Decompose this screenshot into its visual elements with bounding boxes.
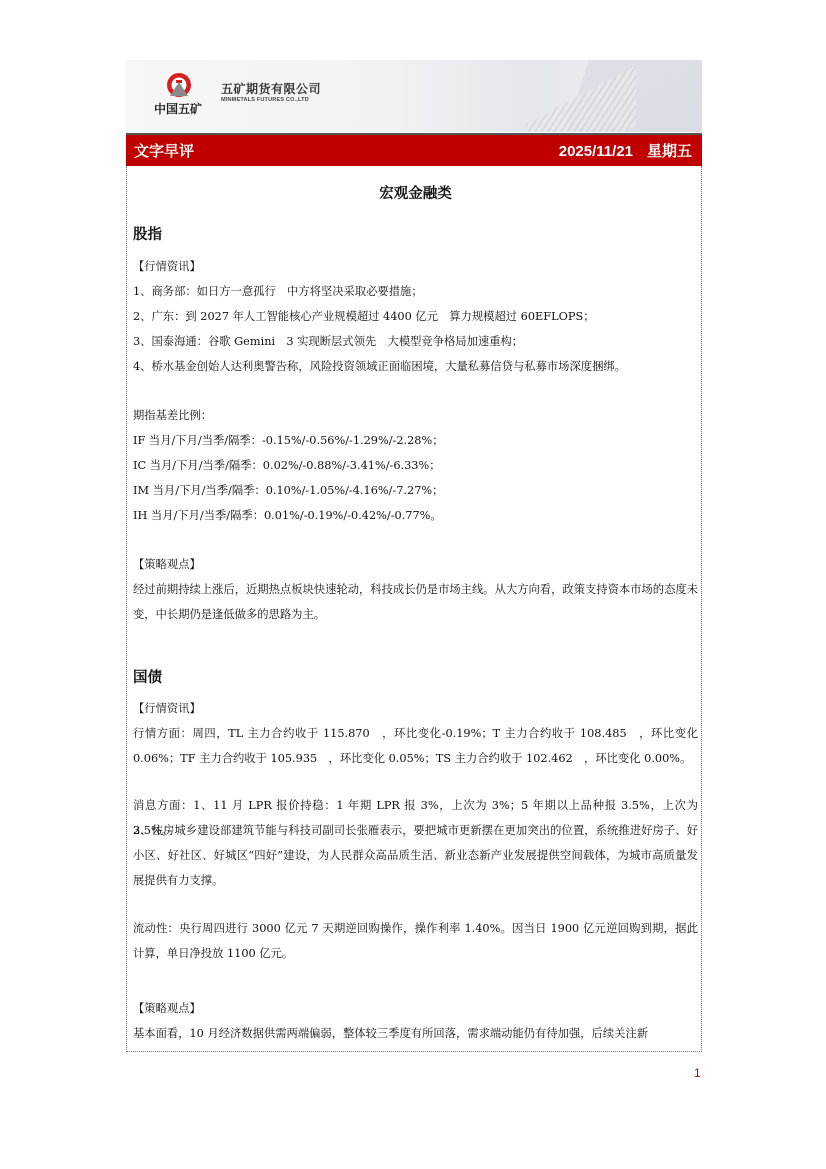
news-item: 2、广东：到 2027 年人工智能核心产业规模超过 4400 亿元 算力规模超过…	[133, 310, 595, 324]
news-item: 4、桥水基金创始人达利奥警告称，风险投资领域正面临困境，大量私募信贷与私募市场深…	[133, 360, 626, 374]
strategy-text: 基本面看，10 月经济数据供需两端偏弱，整体较三季度有所回落，需求端动能仍有待加…	[133, 1027, 648, 1041]
company-name-cn: 五矿期货有限公司	[221, 80, 321, 97]
news-item: 3、国泰海通：谷歌 Gemini 3 实现断层式领先 大模型竞争格局加速重构；	[133, 335, 523, 349]
report-weekday: 星期五	[647, 142, 692, 160]
market-text: 行情方面：周四，TL 主力合约收于 115.870 ，环比变化-0.19%；T …	[133, 721, 698, 771]
basis-item-ih: IH 当月/下月/当季/隔季：0.01%/-0.19%/-0.42%/-0.77…	[133, 509, 442, 523]
basis-item-if: IF 当月/下月/当季/隔季：-0.15%/-0.56%/-1.29%/-2.2…	[133, 434, 444, 448]
report-date-block: 2025/11/21星期五	[559, 140, 692, 161]
strategy-heading: 【策略观点】	[133, 1002, 201, 1016]
news-heading: 【行情资讯】	[133, 702, 201, 716]
basis-item-ic: IC 当月/下月/当季/隔季：0.02%/-0.88%/-3.41%/-6.33…	[133, 459, 441, 473]
page-number: 1	[694, 1066, 701, 1080]
news-text-urban-renewal: 2、住房城乡建设部建筑节能与科技司副司长张雁表示，要把城市更新摆在更加突出的位置…	[133, 818, 698, 893]
category-title: 宏观金融类	[133, 182, 698, 203]
liquidity-text: 流动性：央行周四进行 3000 亿元 7 天期逆回购操作，操作利率 1.40%。…	[133, 916, 698, 966]
section-title-treasury-bonds: 国债	[133, 666, 162, 687]
company-name-en: MINMETALS FUTURES CO.,LTD	[221, 97, 309, 103]
report-date: 2025/11/21	[559, 143, 633, 160]
group-logo-text: 中国五矿	[154, 100, 202, 117]
report-type: 文字早评	[134, 140, 194, 161]
report-header-banner: 中国五矿 五矿期货有限公司 MINMETALS FUTURES CO.,LTD	[126, 60, 702, 132]
news-heading: 【行情资讯】	[133, 260, 201, 274]
basis-item-im: IM 当月/下月/当季/隔季：0.10%/-1.05%/-4.16%/-7.27…	[133, 484, 443, 498]
minmetals-logo-icon	[166, 72, 192, 98]
news-item: 1、商务部：如日方一意孤行 中方将坚决采取必要措施；	[133, 285, 423, 299]
basis-heading: 期指基差比例：	[133, 409, 212, 423]
section-title-stock-index: 股指	[133, 223, 162, 244]
banner-truss-graphic	[526, 66, 636, 132]
strategy-text: 经过前期持续上涨后，近期热点板块快速轮动，科技成长仍是市场主线。从大方向看，政策…	[133, 577, 698, 627]
report-titlebar: 文字早评 2025/11/21星期五	[126, 133, 702, 166]
strategy-heading: 【策略观点】	[133, 558, 201, 572]
